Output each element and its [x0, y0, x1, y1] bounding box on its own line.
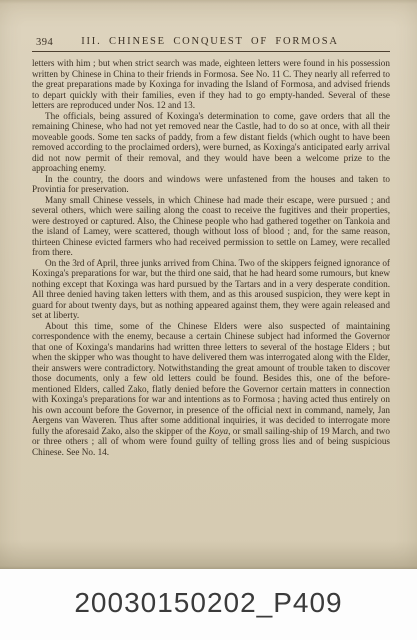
- page-number: 394: [36, 37, 53, 48]
- paragraph: In the country, the doors and windows we…: [32, 174, 390, 195]
- page-header: 394 III. CHINESE CONQUEST OF FORMOSA: [32, 36, 388, 50]
- running-title: III. CHINESE CONQUEST OF FORMOSA: [32, 36, 388, 47]
- header-rule: [32, 51, 390, 52]
- paragraph: letters with him ; but when strict searc…: [32, 58, 390, 111]
- scanned-book-page: 394 III. CHINESE CONQUEST OF FORMOSA let…: [0, 0, 417, 569]
- paragraph: About this time, some of the Chinese Eld…: [32, 321, 390, 458]
- paragraph: On the 3rd of April, three junks arrived…: [32, 258, 390, 321]
- page-body: letters with him ; but when strict searc…: [32, 58, 390, 457]
- caption-strip: 20030150202_P409: [0, 569, 417, 640]
- paragraph: Many small Chinese vessels, in which Chi…: [32, 195, 390, 258]
- image-caption: 20030150202_P409: [74, 587, 342, 619]
- paragraph: The officials, being assured of Koxinga'…: [32, 111, 390, 174]
